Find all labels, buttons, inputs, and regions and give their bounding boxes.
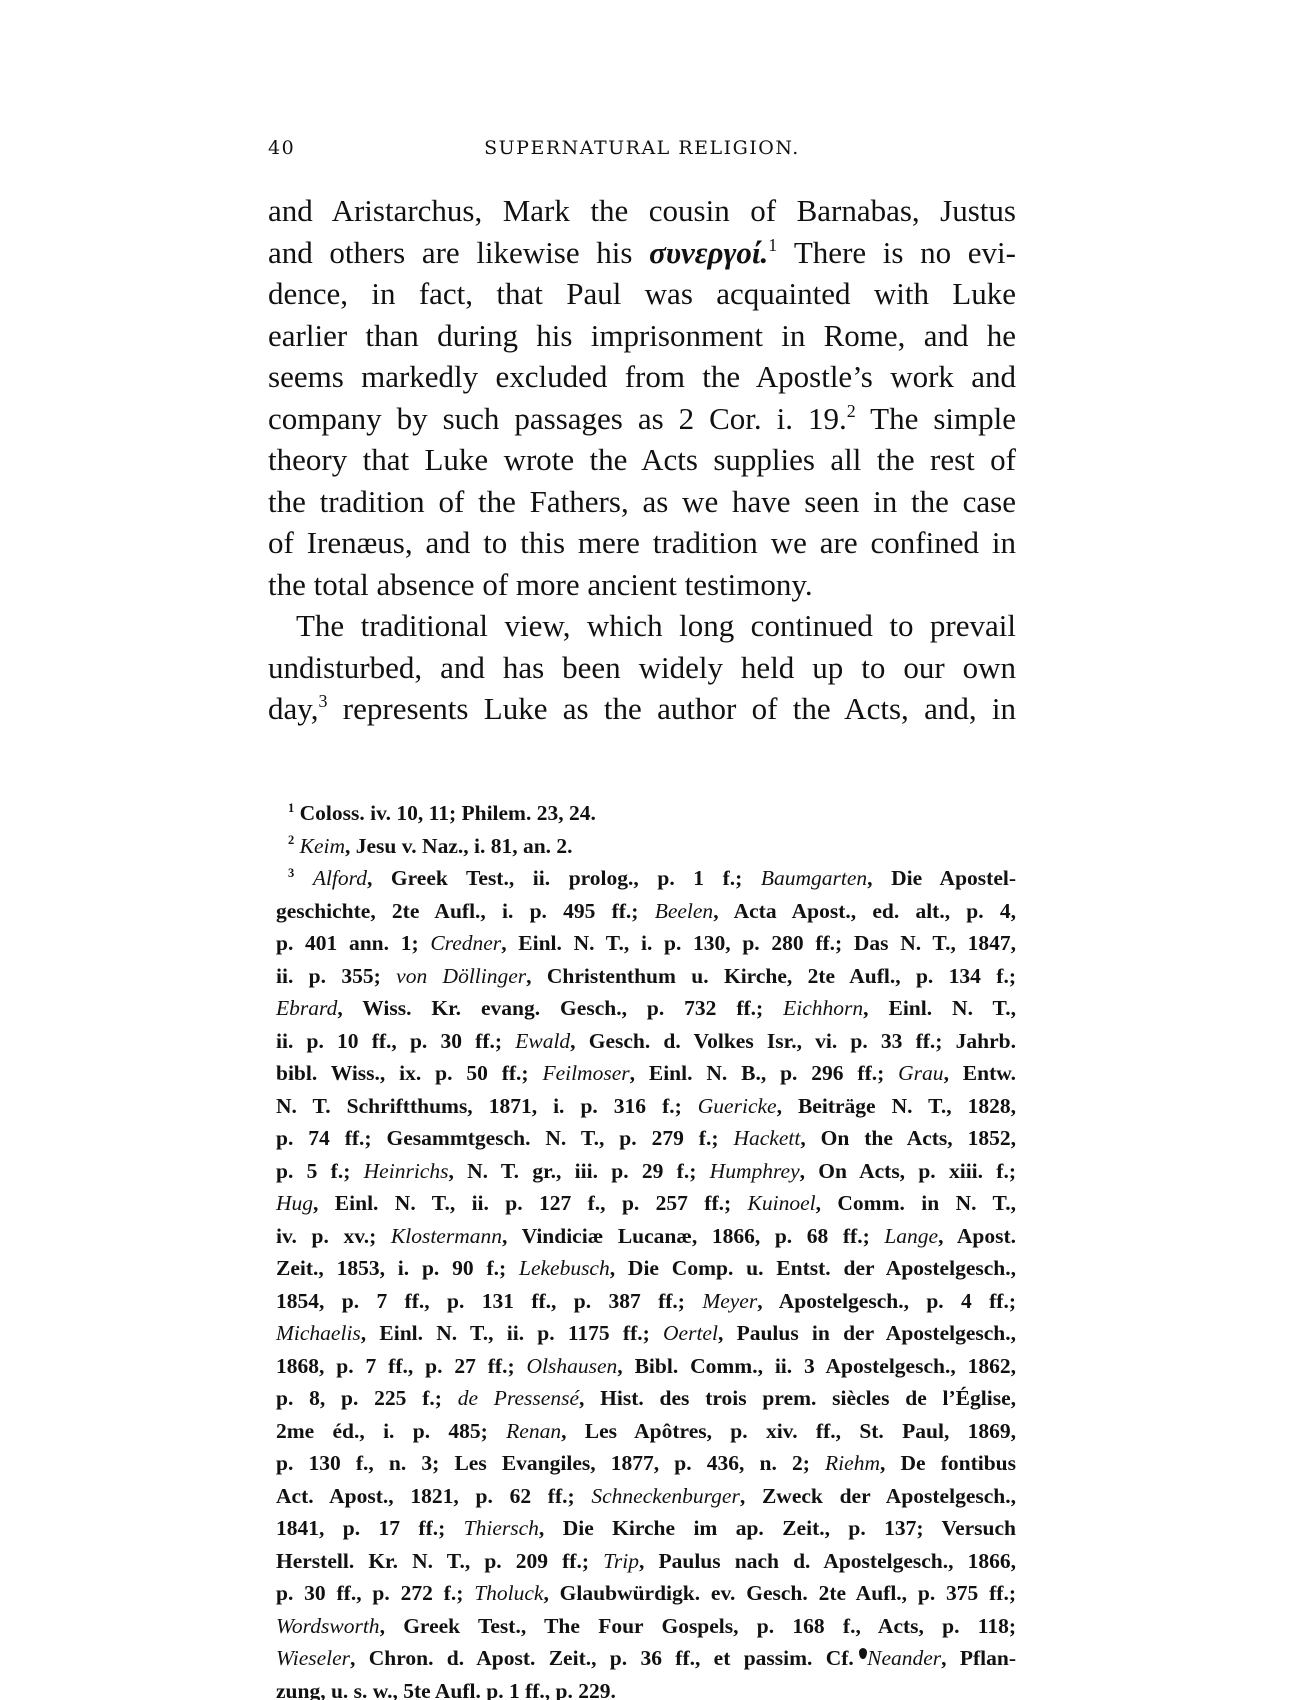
cited-author: Heinrichs (364, 1159, 449, 1183)
cited-author: Kuinoel (748, 1191, 816, 1215)
body-text-span: There is no evi- (777, 235, 1016, 270)
cited-author: Credner (430, 931, 501, 955)
body-text-span: represents Luke as the author of the Act… (327, 691, 1016, 726)
citation-text: , Hist. des trois prem. siècles de l’Égl… (579, 1386, 1016, 1410)
body-line: seems markedly excluded from the Apostle… (268, 356, 1016, 398)
citation-text: N. T. Schriftthums, 1871, i. p. 316 f.; (276, 1094, 698, 1118)
citation-text: iv. p. xv.; (276, 1224, 391, 1248)
cited-author: Alford (313, 866, 367, 890)
footnote-number: 1 (288, 801, 294, 815)
citation-text: bibl. Wiss., ix. p. 50 ff.; (276, 1061, 542, 1085)
body-line: and Aristarchus, Mark the cousin of Barn… (268, 190, 1016, 232)
body-line: day,3 represents Luke as the author of t… (268, 688, 1016, 730)
citation-text: , Apostelgesch., p. 4 ff.; (757, 1289, 1016, 1313)
citation-text: , Chron. d. Apost. Zeit., p. 36 ff., et … (350, 1646, 867, 1670)
cited-author: Neander (867, 1646, 941, 1670)
running-title: SUPERNATURAL RELIGION. (268, 137, 1016, 159)
body-line: the total absence of more ancient testim… (268, 564, 1016, 606)
citation-text: ii. p. 10 ff., p. 30 ff.; (276, 1029, 515, 1053)
footnote-line: ii. p. 355; von Döllinger, Christenthum … (276, 960, 1016, 993)
cited-author: Lekebusch (519, 1256, 610, 1280)
cited-author: Meyer (702, 1289, 757, 1313)
cited-author: Feilmoser (542, 1061, 629, 1085)
citation-text: Herstell. Kr. N. T., p. 209 ff.; (276, 1549, 603, 1573)
cited-author: Wordsworth (276, 1614, 380, 1638)
body-line: the tradition of the Fathers, as we have… (268, 481, 1016, 523)
footnote-line: Wieseler, Chron. d. Apost. Zeit., p. 36 … (276, 1642, 1016, 1675)
cited-author: Baumgarten (761, 866, 867, 890)
paragraph-start-line: The traditional view, which long continu… (268, 605, 1016, 647)
citation-text: , Glaubwürdigk. ev. Gesch. 2te Aufl., p.… (543, 1581, 1016, 1605)
citation-text: p. 5 f.; (276, 1159, 364, 1183)
footnote-line: p. 74 ff.; Gesammtgesch. N. T., p. 279 f… (276, 1122, 1016, 1155)
citation-text: 1854, p. 7 ff., p. 131 ff., p. 387 ff.; (276, 1289, 702, 1313)
citation-text: geschichte, 2te Aufl., i. p. 495 ff.; (276, 899, 655, 923)
citation-text: 1868, p. 7 ff., p. 27 ff.; (276, 1354, 527, 1378)
footnote-line: 2me éd., i. p. 485; Renan, Les Apôtres, … (276, 1415, 1016, 1448)
footnote-line: Ebrard, Wiss. Kr. evang. Gesch., p. 732 … (276, 992, 1016, 1025)
body-text-span: The simple (856, 401, 1016, 436)
footnote-line: geschichte, 2te Aufl., i. p. 495 ff.; Be… (276, 895, 1016, 928)
greek-word: συνεργοί. (649, 235, 768, 270)
footnote-line: ii. p. 10 ff., p. 30 ff.; Ewald, Gesch. … (276, 1025, 1016, 1058)
citation-text: , Die Kirche im ap. Zeit., p. 137; Versu… (539, 1516, 1016, 1540)
cited-author: Olshausen (527, 1354, 618, 1378)
footnote-line: Herstell. Kr. N. T., p. 209 ff.; Trip, P… (276, 1545, 1016, 1578)
citation-text: , Wiss. Kr. evang. Gesch., p. 732 ff.; (337, 996, 783, 1020)
cited-author: Wieseler (276, 1646, 350, 1670)
cited-author: von Döllinger (396, 964, 526, 988)
citation-text: , De fontibus (880, 1451, 1016, 1475)
citation-text: , Gesch. d. Volkes Isr., vi. p. 33 ff.; … (570, 1029, 1016, 1053)
citation-text: , Pflan- (941, 1646, 1016, 1670)
body-line: and others are likewise his συνεργοί.1 T… (268, 232, 1016, 274)
citation-text: , Beiträge N. T., 1828, (777, 1094, 1016, 1118)
footnote-number: 2 (288, 833, 294, 847)
citation-text: 1841, p. 17 ff.; (276, 1516, 464, 1540)
cited-author: Hackett (733, 1126, 800, 1150)
citation-text: 2me éd., i. p. 485; (276, 1419, 506, 1443)
citation-text: , Die Apostel- (867, 866, 1016, 890)
citation-text: , Comm. in N. T., (816, 1191, 1016, 1215)
body-line: of Irenæus, and to this mere tradition w… (268, 522, 1016, 564)
citation-text: , Greek Test., The Four Gospels, p. 168 … (380, 1614, 1016, 1638)
citation-text: , Vindiciæ Lucanæ, 1866, p. 68 ff.; (502, 1224, 884, 1248)
cited-author: Beelen (655, 899, 714, 923)
cited-author: Eichhorn (783, 996, 863, 1020)
footnote-line: Wordsworth, Greek Test., The Four Gospel… (276, 1610, 1016, 1643)
citation-text: , N. T. gr., iii. p. 29 f.; (448, 1159, 709, 1183)
citation-text: , Einl. N. T., ii. p. 127 f., p. 257 ff.… (313, 1191, 748, 1215)
footnote-line: 1841, p. 17 ff.; Thiersch, Die Kirche im… (276, 1512, 1016, 1545)
citation-text: , Entw. (944, 1061, 1016, 1085)
footnote-line: iv. p. xv.; Klostermann, Vindiciæ Lucanæ… (276, 1220, 1016, 1253)
footnote-line: 1868, p. 7 ff., p. 27 ff.; Olshausen, Bi… (276, 1350, 1016, 1383)
citation-text: , Christenthum u. Kirche, 2te Aufl., p. … (526, 964, 1016, 988)
footnote-2: 2 Keim, Jesu v. Naz., i. 81, an. 2. (276, 830, 1016, 863)
footnote-line: Michaelis, Einl. N. T., ii. p. 1175 ff.;… (276, 1317, 1016, 1350)
body-line: dence, in fact, that Paul was acquainted… (268, 273, 1016, 315)
footnote-author: Keim (300, 834, 345, 858)
citation-text: , Paulus in der Apostelgesch., (718, 1321, 1016, 1345)
footnote-marker-1: 1 (768, 235, 777, 255)
running-header: 40 SUPERNATURAL RELIGION. (268, 137, 1016, 167)
footnote-text: Coloss. iv. 10, 11; Philem. 23, 24. (300, 801, 596, 825)
citation-text: , Paulus nach d. Apostelgesch., 1866, (639, 1549, 1016, 1573)
body-line: earlier than during his imprisonment in … (268, 315, 1016, 357)
cited-author: Michaelis (276, 1321, 361, 1345)
citation-text: , Greek Test., ii. prolog., p. 1 f.; (367, 866, 761, 890)
cited-author: Lange (884, 1224, 938, 1248)
footnote-line: N. T. Schriftthums, 1871, i. p. 316 f.; … (276, 1090, 1016, 1123)
footnote-line: Hug, Einl. N. T., ii. p. 127 f., p. 257 … (276, 1187, 1016, 1220)
citation-text: , Die Comp. u. Entst. der Apostelgesch., (610, 1256, 1016, 1280)
citation-text: , Einl. N. T., ii. p. 1175 ff.; (361, 1321, 663, 1345)
footnote-line: p. 401 ann. 1; Credner, Einl. N. T., i. … (276, 927, 1016, 960)
cited-author: Grau (898, 1061, 943, 1085)
footnote-number: 3 (288, 866, 294, 880)
citation-text: p. 8, p. 225 f.; (276, 1386, 458, 1410)
footnote-text: , Jesu v. Naz., i. 81, an. 2. (345, 834, 573, 858)
citation-text: p. 30 ff., p. 272 f.; (276, 1581, 474, 1605)
cited-author: Trip (603, 1549, 639, 1573)
cited-author: Guericke (698, 1094, 777, 1118)
citation-text: ii. p. 355; (276, 964, 396, 988)
citation-text: , On Acts, p. xiii. f.; (800, 1159, 1016, 1183)
cited-author: Humphrey (710, 1159, 800, 1183)
citation-text: , Einl. N. B., p. 296 ff.; (630, 1061, 899, 1085)
cited-author: Renan (506, 1419, 561, 1443)
footnote-line: zung, u. s. w., 5te Aufl. p. 1 ff., p. 2… (276, 1675, 1016, 1700)
book-page: 40 SUPERNATURAL RELIGION. and Aristarchu… (0, 0, 1292, 1700)
body-line: theory that Luke wrote the Acts supplies… (268, 439, 1016, 481)
citation-text: p. 401 ann. 1; (276, 931, 430, 955)
body-line: undisturbed, and has been widely held up… (268, 647, 1016, 689)
citation-text: , On the Acts, 1852, (800, 1126, 1016, 1150)
cited-author: de Pressensé (458, 1386, 579, 1410)
footnote-line: p. 8, p. 225 f.; de Pressensé, Hist. des… (276, 1382, 1016, 1415)
citation-text: p. 130 f., n. 3; Les Evangiles, 1877, p.… (276, 1451, 825, 1475)
cited-author: Klostermann (391, 1224, 502, 1248)
footnote-3: 3 Alford, Greek Test., ii. prolog., p. 1… (276, 862, 1016, 1700)
body-text-span: company by such passages as 2 Cor. i. 19… (268, 401, 847, 436)
cited-author: Schneckenburger (591, 1484, 739, 1508)
footnote-marker-3: 3 (319, 691, 328, 711)
citation-text: , Bibl. Comm., ii. 3 Apostelgesch., 1862… (617, 1354, 1016, 1378)
citation-text: Act. Apost., 1821, p. 62 ff.; (276, 1484, 591, 1508)
citation-text: , Les Apôtres, p. xiv. ff., St. Paul, 18… (561, 1419, 1016, 1443)
footnote-1: 1 Coloss. iv. 10, 11; Philem. 23, 24. (276, 797, 1016, 830)
citation-text: Zeit., 1853, i. p. 90 f.; (276, 1256, 519, 1280)
body-text-span: and others are likewise his (268, 235, 632, 270)
footnote-line: 1854, p. 7 ff., p. 131 ff., p. 387 ff.; … (276, 1285, 1016, 1318)
citation-text: p. 74 ff.; Gesammtgesch. N. T., p. 279 f… (276, 1126, 733, 1150)
body-text-span: day, (268, 691, 319, 726)
citation-text: , Acta Apost., ed. alt., p. 4, (713, 899, 1016, 923)
citation-text: , Zweck der Apostelgesch., (740, 1484, 1016, 1508)
citation-text: , Einl. N. T., (863, 996, 1016, 1020)
footnote-marker-2: 2 (847, 401, 856, 421)
footnote-line: 3 Alford, Greek Test., ii. prolog., p. 1… (276, 862, 1016, 895)
body-line: company by such passages as 2 Cor. i. 19… (268, 398, 1016, 440)
footnote-line: p. 30 ff., p. 272 f.; Tholuck, Glaubwürd… (276, 1577, 1016, 1610)
cited-author: Hug (276, 1191, 313, 1215)
footnote-line: Act. Apost., 1821, p. 62 ff.; Schneckenb… (276, 1480, 1016, 1513)
footnote-line: Zeit., 1853, i. p. 90 f.; Lekebusch, Die… (276, 1252, 1016, 1285)
footnote-line: bibl. Wiss., ix. p. 50 ff.; Feilmoser, E… (276, 1057, 1016, 1090)
cited-author: Thiersch (464, 1516, 539, 1540)
cited-author: Ebrard (276, 996, 337, 1020)
cited-author: Oertel (663, 1321, 718, 1345)
cited-author: Tholuck (474, 1581, 543, 1605)
footnote-line: p. 130 f., n. 3; Les Evangiles, 1877, p.… (276, 1447, 1016, 1480)
body-text: and Aristarchus, Mark the cousin of Barn… (268, 190, 1016, 730)
citation-text: , Einl. N. T., i. p. 130, p. 280 ff.; Da… (501, 931, 1016, 955)
citation-text: zung, u. s. w., 5te Aufl. p. 1 ff., p. 2… (276, 1679, 616, 1700)
cited-author: Ewald (515, 1029, 570, 1053)
citation-text: , Apost. (938, 1224, 1016, 1248)
cited-author: Riehm (825, 1451, 880, 1475)
footnotes: 1 Coloss. iv. 10, 11; Philem. 23, 24. 2 … (276, 797, 1016, 1700)
footnote-line: p. 5 f.; Heinrichs, N. T. gr., iii. p. 2… (276, 1155, 1016, 1188)
